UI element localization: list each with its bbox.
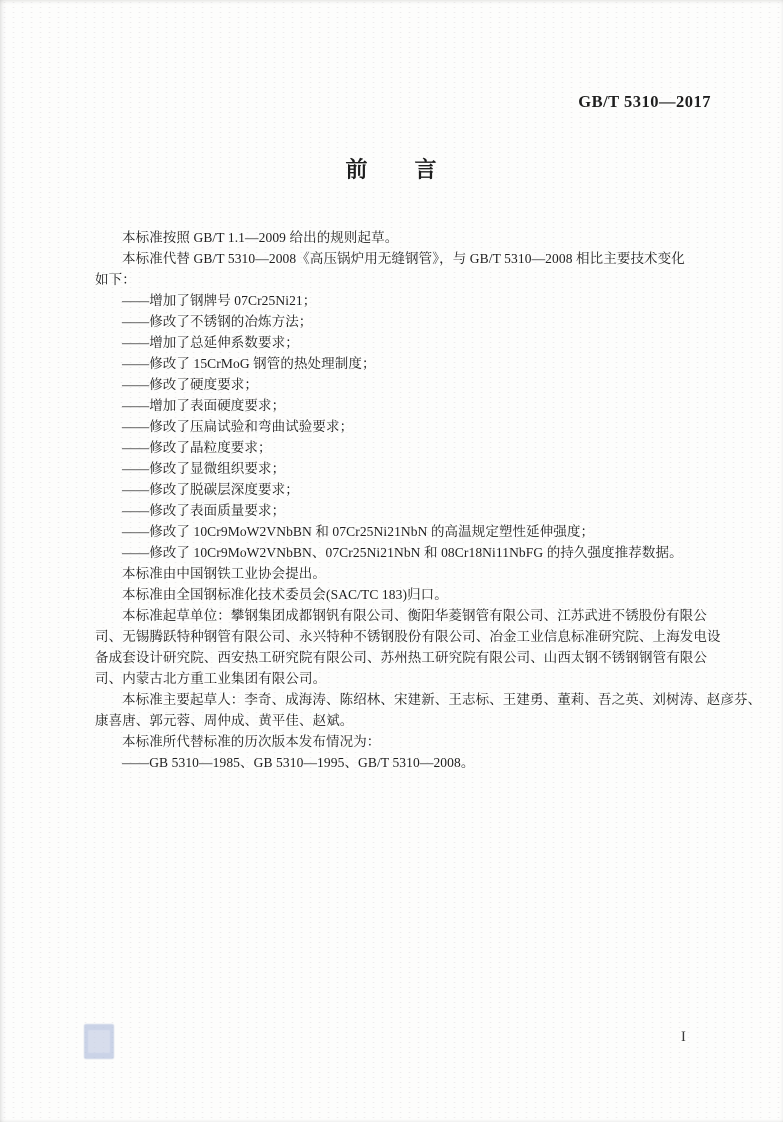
change-list-item: ——修改了不锈钢的冶炼方法； xyxy=(95,311,740,332)
change-list-item: ——增加了表面硬度要求； xyxy=(95,395,740,416)
change-list-item: ——增加了钢牌号 07Cr25Ni21； xyxy=(95,290,740,311)
foreword-paragraph-line: 康喜唐、郭元蓉、周仲成、黄平佳、赵斌。 xyxy=(95,710,740,731)
change-list-item: ——修改了显微组织要求； xyxy=(95,458,740,479)
change-list-item: ——修改了表面质量要求； xyxy=(95,500,740,521)
change-list-item: ——修改了 10Cr9MoW2VNbBN、07Cr25Ni21NbN 和 08C… xyxy=(95,542,740,563)
page-number: I xyxy=(681,1029,686,1046)
change-list-item: ——增加了总延伸系数要求； xyxy=(95,332,740,353)
foreword-paragraph-line: 本标准起草单位：攀钢集团成都钢钒有限公司、衡阳华菱钢管有限公司、江苏武进不锈股份… xyxy=(95,605,740,626)
stamp-watermark-inner xyxy=(88,1030,110,1053)
foreword-paragraph-line: 本标准主要起草人：李奇、成海涛、陈绍林、宋建新、王志标、王建勇、董莉、吾之英、刘… xyxy=(95,689,740,710)
foreword-paragraph-line: 司、内蒙古北方重工业集团有限公司。 xyxy=(95,668,740,689)
foreword-title: 前 言 xyxy=(0,153,783,184)
foreword-paragraph-line: 本标准代替 GB/T 5310—2008《高压锅炉用无缝钢管》，与 GB/T 5… xyxy=(95,248,740,269)
foreword-paragraph-line: 司、无锡腾跃特种钢管有限公司、永兴特种不锈钢股份有限公司、冶金工业信息标准研究院… xyxy=(95,626,740,647)
change-list-item: ——修改了硬度要求； xyxy=(95,374,740,395)
change-list-item: ——修改了 10Cr9MoW2VNbBN 和 07Cr25Ni21NbN 的高温… xyxy=(95,521,740,542)
foreword-paragraph-line: 备成套设计研究院、西安热工研究院有限公司、苏州热工研究院有限公司、山西太钢不锈钢… xyxy=(95,647,740,668)
foreword-paragraph-line: 本标准由全国钢标准化技术委员会(SAC/TC 183)归口。 xyxy=(95,584,740,605)
foreword-paragraph-line: 本标准由中国钢铁工业协会提出。 xyxy=(95,563,740,584)
change-list-item: ——修改了 15CrMoG 钢管的热处理制度； xyxy=(95,353,740,374)
foreword-paragraph-line: 本标准按照 GB/T 1.1—2009 给出的规则起草。 xyxy=(95,227,740,248)
change-list-item: ——修改了压扁试验和弯曲试验要求； xyxy=(95,416,740,437)
scanned-document-page: GB/T 5310—2017 前 言 本标准按照 GB/T 1.1—2009 给… xyxy=(0,0,783,1122)
foreword-body: 本标准按照 GB/T 1.1—2009 给出的规则起草。 本标准代替 GB/T … xyxy=(95,227,740,773)
stamp-watermark xyxy=(84,1024,114,1059)
history-list-item: ——GB 5310—1985、GB 5310—1995、GB/T 5310—20… xyxy=(95,752,740,773)
foreword-paragraph-line: 如下： xyxy=(95,269,740,290)
standard-code: GB/T 5310—2017 xyxy=(578,92,711,112)
change-list-item: ——修改了脱碳层深度要求； xyxy=(95,479,740,500)
change-list-item: ——修改了晶粒度要求； xyxy=(95,437,740,458)
foreword-paragraph-line: 本标准所代替标准的历次版本发布情况为： xyxy=(95,731,740,752)
